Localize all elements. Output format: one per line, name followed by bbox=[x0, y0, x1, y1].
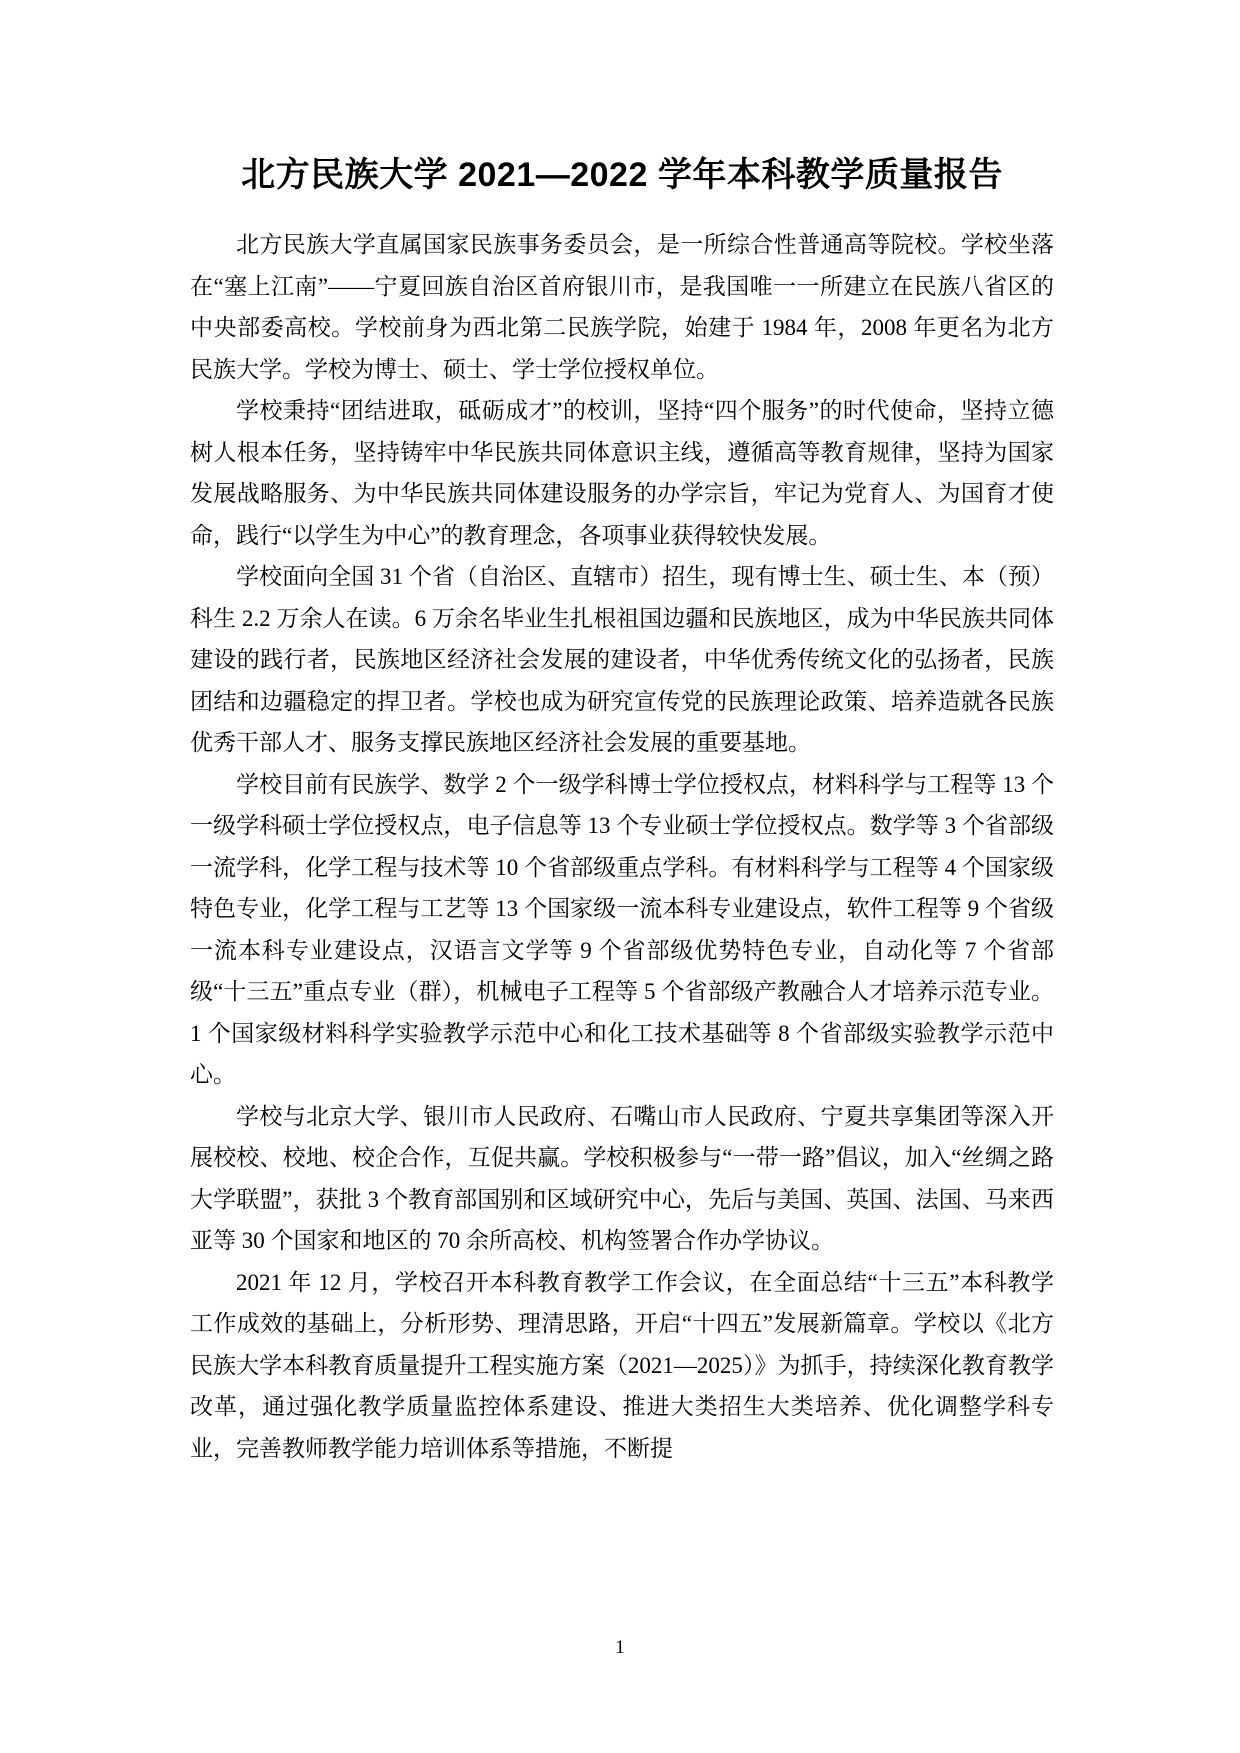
paragraph-disciplines: 学校目前有民族学、数学 2 个一级学科博士学位授权点，材料科学与工程等 13 个… bbox=[190, 764, 1054, 1096]
page-number: 1 bbox=[615, 1637, 625, 1658]
paragraph-school-motto: 学校秉持“团结进取，砥砺成才”的校训，坚持“四个服务”的时代使命，坚持立德树人根… bbox=[190, 390, 1054, 556]
document-title: 北方民族大学 2021—2022 学年本科教学质量报告 bbox=[190, 152, 1054, 198]
page-footer: 1 bbox=[0, 1636, 1240, 1660]
document-page: 北方民族大学 2021—2022 学年本科教学质量报告 北方民族大学直属国家民族… bbox=[0, 0, 1240, 1753]
document-content: 北方民族大学 2021—2022 学年本科教学质量报告 北方民族大学直属国家民族… bbox=[190, 152, 1054, 1469]
paragraph-teaching-conference: 2021 年 12 月，学校召开本科教育教学工作会议，在全面总结“十三五”本科教… bbox=[190, 1262, 1054, 1470]
paragraph-school-overview: 北方民族大学直属国家民族事务委员会，是一所综合性普通高等院校。学校坐落在“塞上江… bbox=[190, 224, 1054, 390]
paragraph-cooperation: 学校与北京大学、银川市人民政府、石嘴山市人民政府、宁夏共享集团等深入开展校校、校… bbox=[190, 1096, 1054, 1262]
paragraph-enrollment: 学校面向全国 31 个省（自治区、直辖市）招生，现有博士生、硕士生、本（预）科生… bbox=[190, 556, 1054, 764]
